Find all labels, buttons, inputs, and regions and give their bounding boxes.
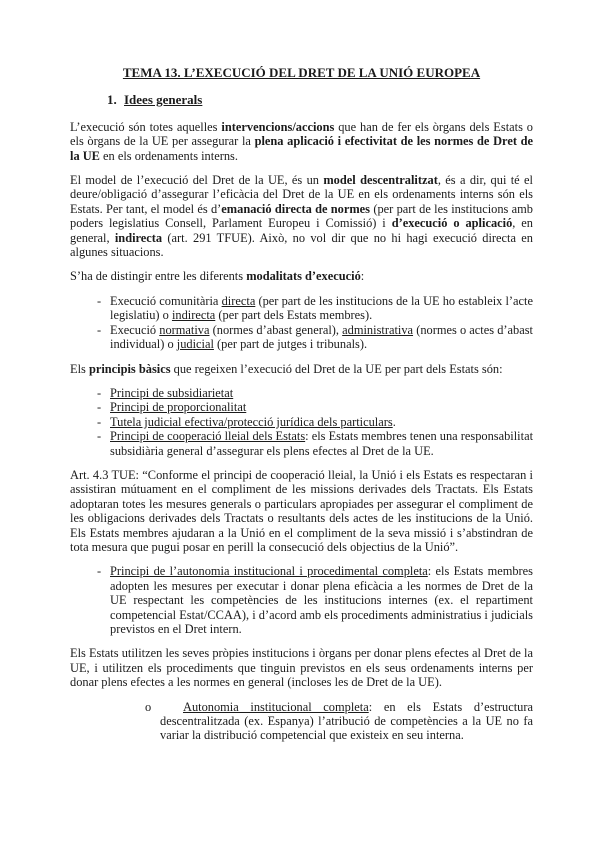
- emphasis-bold: d’execució o aplicació: [392, 216, 513, 230]
- text-run: L’execució són totes aquelles: [70, 120, 221, 134]
- text-run: .: [393, 415, 396, 429]
- text-run: Els: [70, 362, 89, 376]
- text-run: :: [361, 269, 364, 283]
- text-run: S’ha de distingir entre les diferents: [70, 269, 246, 283]
- modalitats-bullet-list: -Execució comunitària directa (per part …: [70, 294, 533, 352]
- principis-bullet-list: -Principi de subsidiarietat -Principi de…: [70, 386, 533, 458]
- text-run: (normes d’abast general),: [209, 323, 342, 337]
- dash-bullet-icon: -: [97, 429, 101, 443]
- underlined-term: Principi de proporcionalitat: [110, 400, 246, 414]
- paragraph-institucions: Els Estats utilitzen les seves pròpies i…: [70, 646, 533, 689]
- paragraph-art43-tue: Art. 4.3 TUE: “Conforme el principi de c…: [70, 468, 533, 554]
- dash-bullet-icon: -: [97, 564, 101, 578]
- text-run: Art. 4.3 TUE: “Conforme el principi de c…: [70, 468, 533, 554]
- underlined-term: Principi de l’autonomia institucional i …: [110, 564, 428, 578]
- text-run: Execució: [110, 323, 159, 337]
- section-number: 1.: [107, 93, 124, 107]
- paragraph-principis: Els principis bàsics que regeixen l’exec…: [70, 362, 533, 376]
- underlined-term: Autonomia institucional completa: [183, 700, 369, 714]
- text-run: Execució comunitària: [110, 294, 222, 308]
- underlined-term: normativa: [159, 323, 209, 337]
- underlined-term: judicial: [177, 337, 214, 351]
- underlined-term: Tutela judicial efectiva/protecció juríd…: [110, 415, 393, 429]
- text-run: Els Estats utilitzen les seves pròpies i…: [70, 646, 533, 689]
- list-item: -Execució normativa (normes d’abast gene…: [110, 323, 533, 352]
- sub-bullet-item: oAutonomia institucional completa: en el…: [160, 700, 533, 743]
- emphasis-bold: model descentralitzat: [323, 173, 437, 187]
- emphasis-bold: indirecta: [115, 231, 162, 245]
- document-title-text: TEMA 13. L’EXECUCIÓ DEL DRET DE LA UNIÓ …: [123, 65, 480, 80]
- list-item: -Tutela judicial efectiva/protecció jurí…: [110, 415, 533, 429]
- list-item: -Principi de cooperació lleial dels Esta…: [110, 429, 533, 458]
- underlined-term: indirecta: [172, 308, 215, 322]
- dash-bullet-icon: -: [97, 400, 101, 414]
- dash-bullet-icon: -: [97, 294, 101, 308]
- dash-bullet-icon: -: [97, 323, 101, 337]
- list-item: -Principi de proporcionalitat: [110, 400, 533, 414]
- emphasis-bold: emanació directa de normes: [221, 202, 370, 216]
- emphasis-bold: principis bàsics: [89, 362, 171, 376]
- text-run: (per part dels Estats membres).: [215, 308, 372, 322]
- dash-bullet-icon: -: [97, 415, 101, 429]
- autonomia-bullet-list: -Principi de l’autonomia institucional i…: [70, 564, 533, 636]
- text-run: El model de l’execució del Dret de la UE…: [70, 173, 323, 187]
- paragraph-model: El model de l’execució del Dret de la UE…: [70, 173, 533, 259]
- underlined-term: directa: [222, 294, 256, 308]
- page-content: TEMA 13. L’EXECUCIÓ DEL DRET DE LA UNIÓ …: [70, 66, 533, 743]
- list-item: -Principi de subsidiarietat: [110, 386, 533, 400]
- document-page: TEMA 13. L’EXECUCIÓ DEL DRET DE LA UNIÓ …: [0, 0, 600, 848]
- section-heading: 1.Idees generals: [107, 93, 533, 107]
- dash-bullet-icon: -: [97, 386, 101, 400]
- text-run: que regeixen l’execució del Dret de la U…: [171, 362, 503, 376]
- document-title: TEMA 13. L’EXECUCIÓ DEL DRET DE LA UNIÓ …: [70, 66, 533, 80]
- text-run: (per part de jutges i tribunals).: [214, 337, 367, 351]
- list-item: -Principi de l’autonomia institucional i…: [110, 564, 533, 636]
- paragraph-modalitats: S’ha de distingir entre les diferents mo…: [70, 269, 533, 283]
- list-item: -Execució comunitària directa (per part …: [110, 294, 533, 323]
- underlined-term: administrativa: [342, 323, 413, 337]
- text-run: en els ordenaments interns.: [100, 149, 238, 163]
- paragraph-intro: L’execució són totes aquelles intervenci…: [70, 120, 533, 163]
- emphasis-bold: intervencions/accions: [221, 120, 334, 134]
- underlined-term: Principi de subsidiarietat: [110, 386, 233, 400]
- emphasis-bold: modalitats d’execució: [246, 269, 361, 283]
- circle-bullet-icon: o: [145, 700, 151, 714]
- underlined-term: Principi de cooperació lleial dels Estat…: [110, 429, 305, 443]
- section-heading-text: Idees generals: [124, 92, 202, 107]
